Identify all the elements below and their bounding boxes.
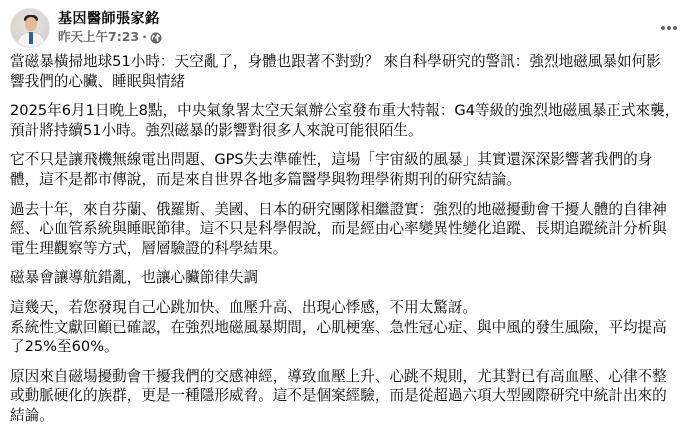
separator-dot: · xyxy=(142,28,147,46)
post-paragraph: 原因來自磁場擾動會干擾我們的交感神經，導致血壓上升、心跳不規則，尤其對已有高血壓… xyxy=(10,367,690,426)
post-header: 基因醫師張家銘 昨天上午7:23 · xyxy=(10,8,162,48)
more-options-button[interactable] xyxy=(655,18,683,38)
avatar-tie xyxy=(29,32,33,44)
post-paragraph: 2025年6月1日晚上8點，中央氣象署太空天氣辦公室發布重大特報：G4等級的強烈… xyxy=(10,101,690,140)
author-name[interactable]: 基因醫師張家銘 xyxy=(58,10,162,28)
more-dot-icon xyxy=(673,26,677,30)
post-subline: 昨天上午7:23 · xyxy=(58,28,162,46)
post-timestamp[interactable]: 昨天上午7:23 xyxy=(58,28,139,46)
post-meta: 基因醫師張家銘 昨天上午7:23 · xyxy=(58,10,162,46)
post-paragraph-headline: 當磁暴橫掃地球51小時：天空亂了，身體也跟著不對勁？ 來自科學研究的警訊：強烈地… xyxy=(10,52,690,91)
post-paragraph: 它不只是讓飛機無線電出問題、GPS失去準確性，這場「宇宙級的風暴」其實還深深影響… xyxy=(10,150,690,189)
facebook-post: 基因醫師張家銘 昨天上午7:23 · 當磁暴橫掃地球51小時：天空亂了，身體也跟… xyxy=(0,0,696,430)
post-paragraph: 這幾天，若您發現自己心跳加快、血壓升高、出現心悸感，不用太驚訝。 系統性文獻回顧… xyxy=(10,298,690,357)
more-dot-icon xyxy=(661,26,665,30)
post-subheading: 磁暴會讓導航錯亂，也讓心臟節律失調 xyxy=(10,268,690,288)
more-dot-icon xyxy=(667,26,671,30)
globe-icon[interactable] xyxy=(150,31,162,43)
avatar-face xyxy=(25,17,37,31)
post-body: 當磁暴橫掃地球51小時：天空亂了，身體也跟著不對勁？ 來自科學研究的警訊：強烈地… xyxy=(10,52,690,430)
author-avatar[interactable] xyxy=(10,8,50,48)
post-paragraph: 過去十年，來自芬蘭、俄羅斯、美國、日本的研究團隊相繼證實：強烈的地磁擾動會干擾人… xyxy=(10,200,690,259)
